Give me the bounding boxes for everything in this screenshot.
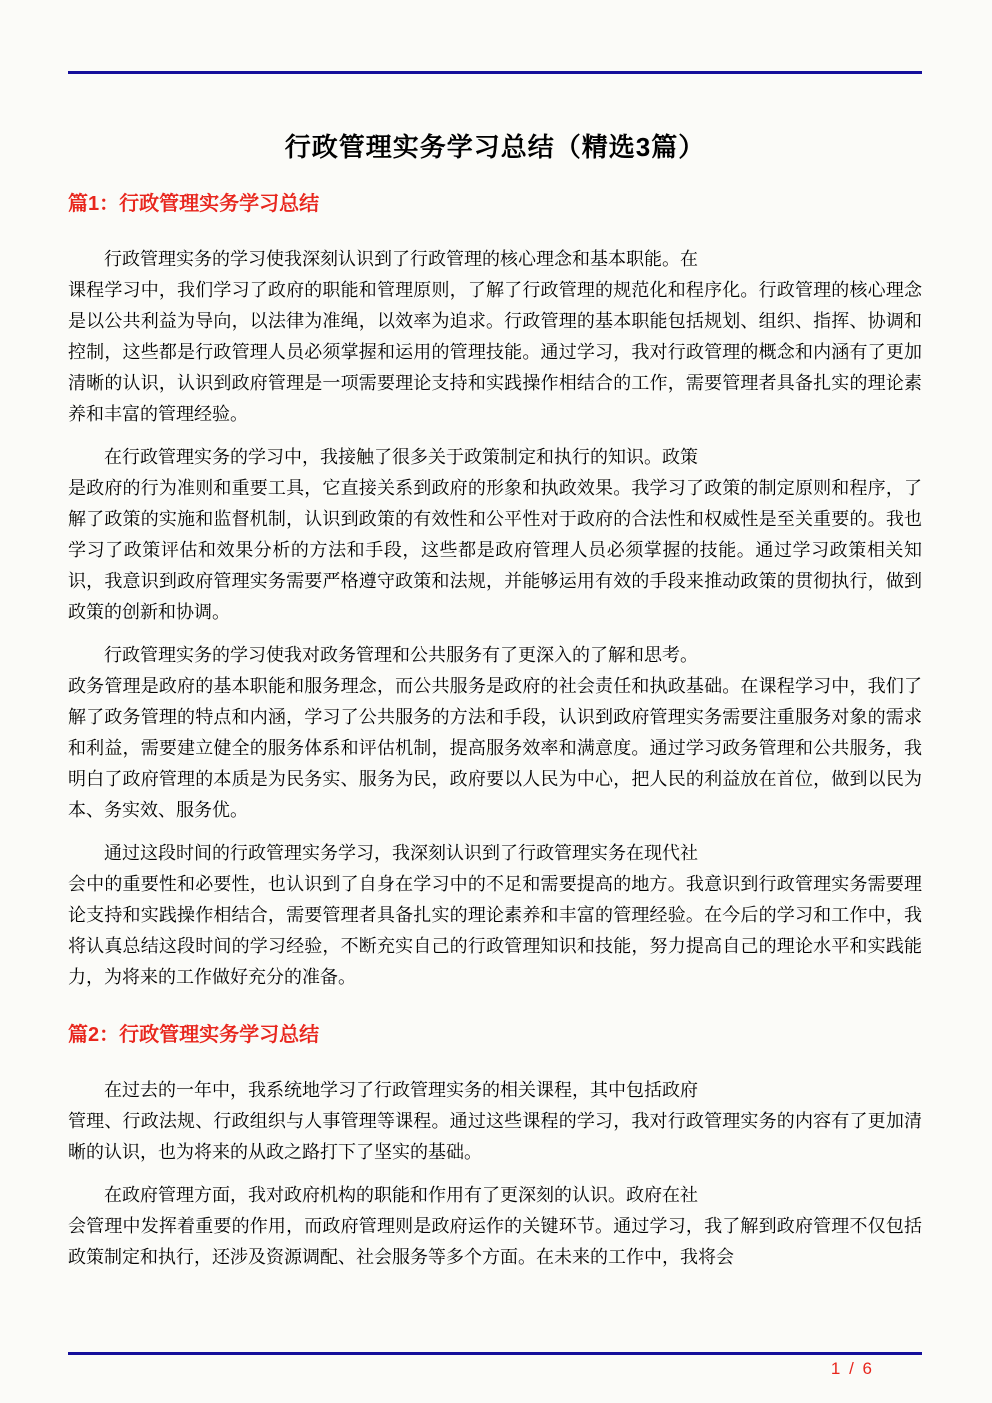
- section-1-paragraph-4: 通过这段时间的行政管理实务学习，我深刻认识到了行政管理实务在现代社 会中的重要性…: [68, 838, 922, 993]
- paragraph-body: 政务管理是政府的基本职能和服务理念，而公共服务是政府的社会责任和执政基础。在课程…: [68, 671, 922, 826]
- paragraph-body: 管理、行政法规、行政组织与人事管理等课程。通过这些课程的学习，我对行政管理实务的…: [68, 1106, 922, 1168]
- section-2-heading: 篇2：行政管理实务学习总结: [68, 1023, 922, 1047]
- section-1-heading: 篇1：行政管理实务学习总结: [68, 192, 922, 216]
- page-number: 1 / 6: [68, 1358, 922, 1380]
- section-2-paragraph-1: 在过去的一年中，我系统地学习了行政管理实务的相关课程，其中包括政府 管理、行政法…: [68, 1075, 922, 1168]
- paragraph-body: 会中的重要性和必要性，也认识到了自身在学习中的不足和需要提高的地方。我意识到行政…: [68, 869, 922, 993]
- bottom-divider: [68, 1352, 922, 1355]
- section-1-paragraph-2: 在行政管理实务的学习中，我接触了很多关于政策制定和执行的知识。政策 是政府的行为…: [68, 442, 922, 628]
- section-1-paragraph-1: 行政管理实务的学习使我深刻认识到了行政管理的核心理念和基本职能。在 课程学习中，…: [68, 244, 922, 430]
- paragraph-first-line: 通过这段时间的行政管理实务学习，我深刻认识到了行政管理实务在现代社: [68, 838, 922, 869]
- document-page: 行政管理实务学习总结（精选3篇） 篇1：行政管理实务学习总结 行政管理实务的学习…: [0, 71, 992, 1273]
- paragraph-body: 课程学习中，我们学习了政府的职能和管理原则，了解了行政管理的规范化和程序化。行政…: [68, 275, 922, 430]
- top-divider: [68, 71, 922, 74]
- paragraph-first-line: 在政府管理方面，我对政府机构的职能和作用有了更深刻的认识。政府在社: [68, 1180, 922, 1211]
- paragraph-first-line: 在过去的一年中，我系统地学习了行政管理实务的相关课程，其中包括政府: [68, 1075, 922, 1106]
- page-footer: 1 / 6: [68, 1352, 922, 1380]
- paragraph-first-line: 在行政管理实务的学习中，我接触了很多关于政策制定和执行的知识。政策: [68, 442, 922, 473]
- section-2-paragraph-2: 在政府管理方面，我对政府机构的职能和作用有了更深刻的认识。政府在社 会管理中发挥…: [68, 1180, 922, 1273]
- paragraph-first-line: 行政管理实务的学习使我对政务管理和公共服务有了更深入的了解和思考。: [68, 640, 922, 671]
- document-title: 行政管理实务学习总结（精选3篇）: [68, 132, 922, 162]
- paragraph-body: 是政府的行为准则和重要工具，它直接关系到政府的形象和执政效果。我学习了政策的制定…: [68, 473, 922, 628]
- paragraph-body: 会管理中发挥着重要的作用，而政府管理则是政府运作的关键环节。通过学习，我了解到政…: [68, 1211, 922, 1273]
- section-1-paragraph-3: 行政管理实务的学习使我对政务管理和公共服务有了更深入的了解和思考。 政务管理是政…: [68, 640, 922, 826]
- paragraph-first-line: 行政管理实务的学习使我深刻认识到了行政管理的核心理念和基本职能。在: [68, 244, 922, 275]
